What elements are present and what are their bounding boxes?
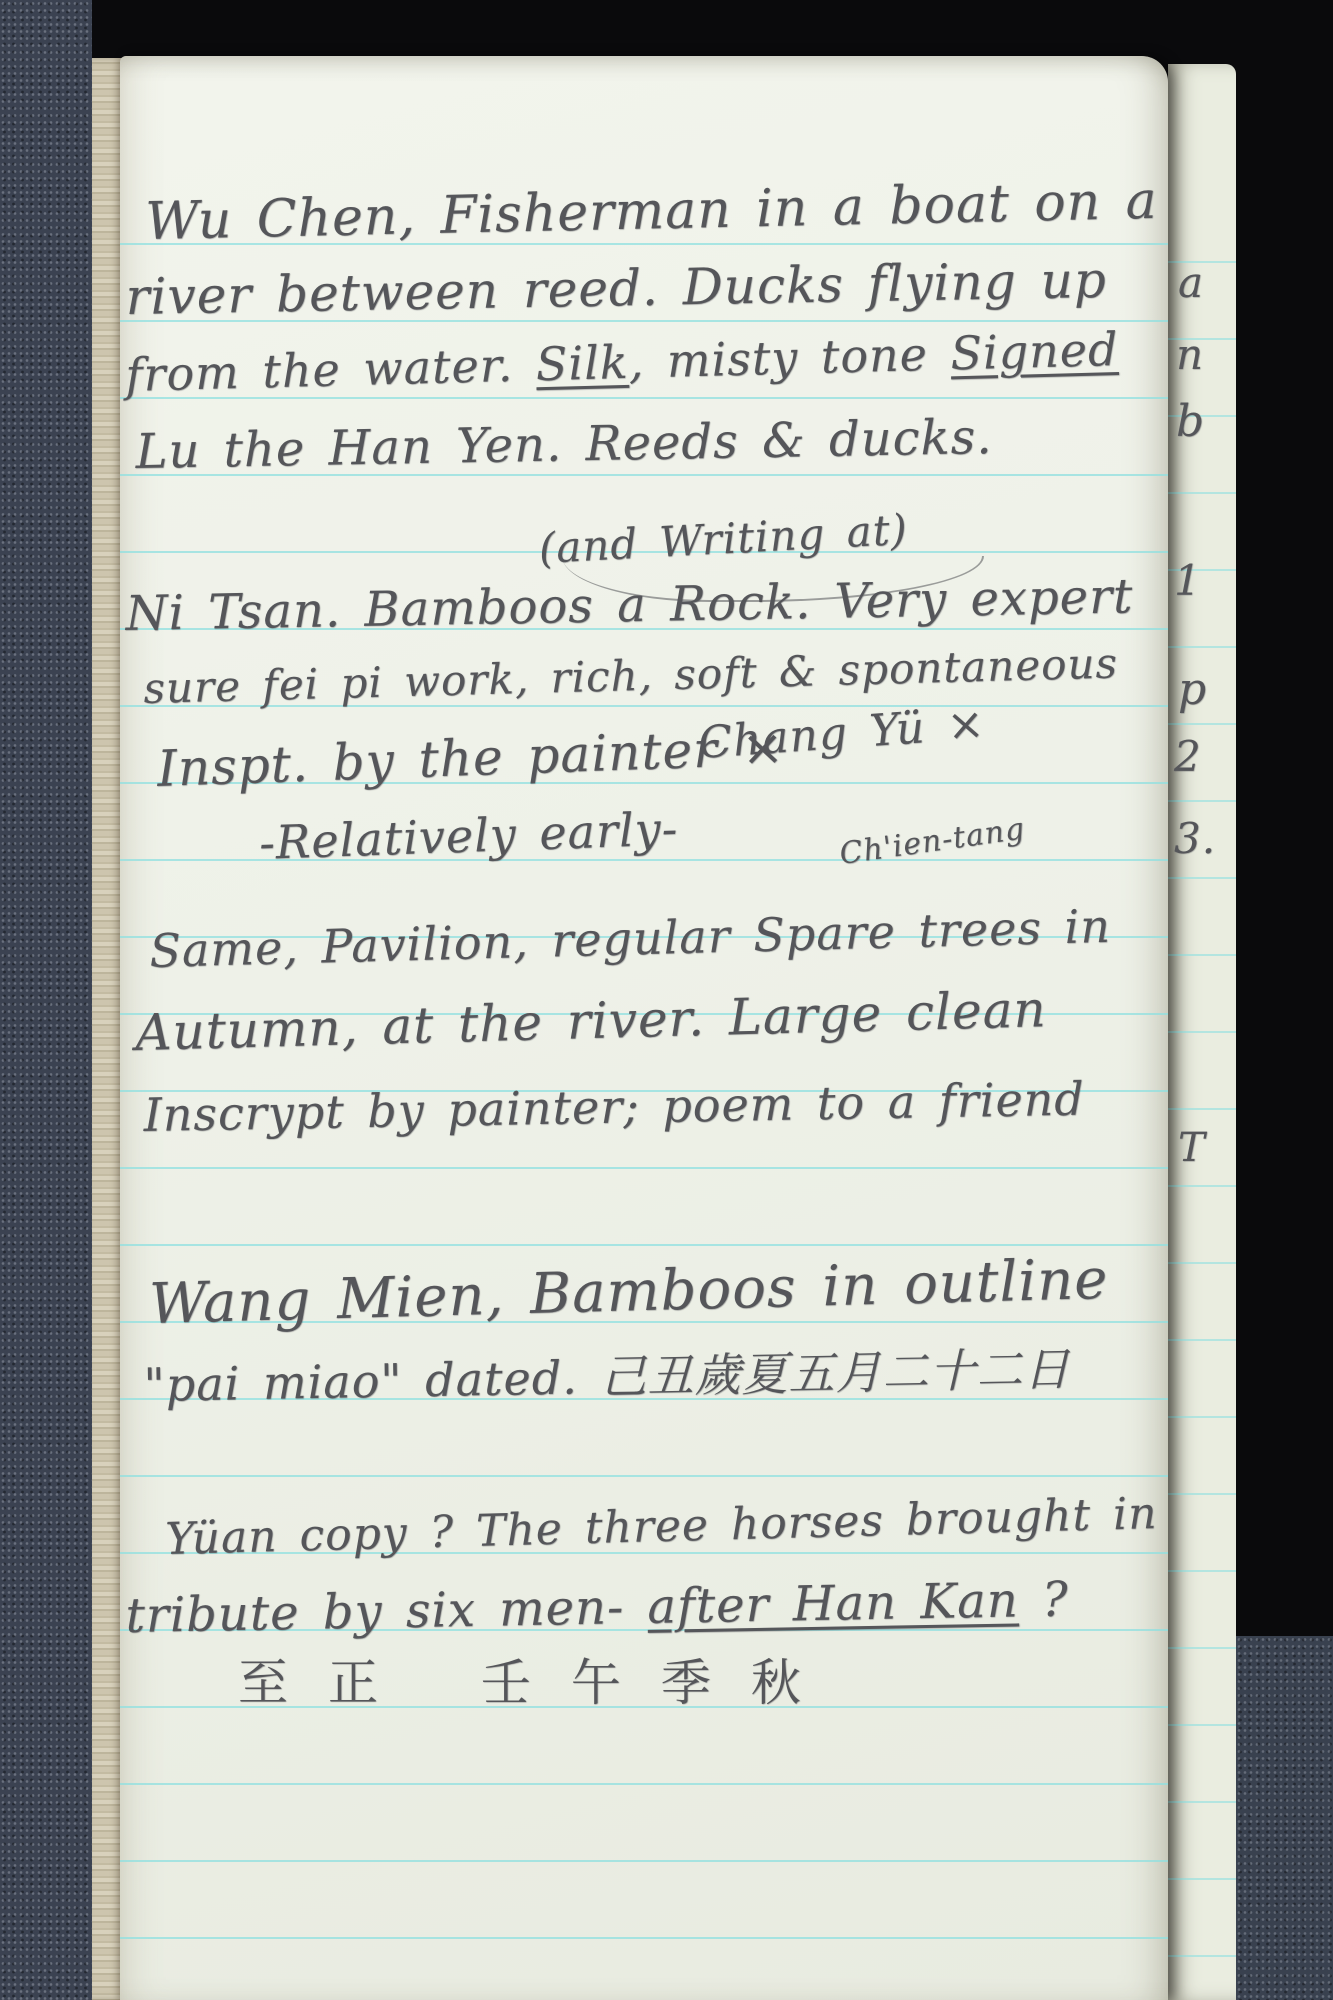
notebook-page (120, 56, 1168, 2000)
photograph-of-notebook: Wu Chen, Fisherman in a boat on ariver b… (0, 0, 1333, 2000)
facing-page-edge (1168, 64, 1236, 2000)
desk-surface-top (92, 0, 1333, 58)
desk-surface-bottom-right (1236, 1636, 1333, 2000)
desk-surface-left (0, 0, 92, 2000)
